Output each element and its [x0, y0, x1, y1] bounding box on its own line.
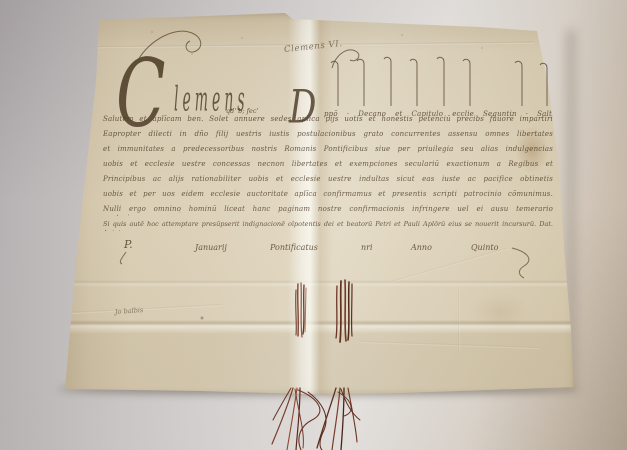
dateline-word: nri — [361, 243, 373, 253]
fold-crease — [72, 304, 222, 314]
dateline-word: Januarij — [195, 243, 227, 253]
plica-scribal-note: Jo balbis — [115, 306, 144, 316]
photo-of-parchment-charter: Clemens VI. C lemens D qd' b; fec' ppō ·… — [0, 0, 627, 450]
manuscript-line: Principibus ac alijs rationabiliter uobi… — [103, 175, 553, 186]
manuscript-line: Si quis autē hoc attemptare presūpserit … — [103, 220, 553, 231]
script-fragment: qd' b; fec' — [226, 107, 258, 115]
parchment-document: Clemens VI. C lemens D qd' b; fec' ppō ·… — [60, 12, 576, 395]
fold-crease — [360, 341, 540, 349]
dateline-word: Pontificatus — [270, 243, 318, 253]
manuscript-line: uobis et per uos eidem ecclesie auctorit… — [103, 190, 553, 201]
dateline-word: Anno — [411, 243, 432, 253]
scribe-mark: P. — [124, 240, 133, 250]
manuscript-line: Eapropter dilecti in dño filij uestris i… — [103, 130, 553, 141]
archival-label: Clemens VI. — [284, 39, 343, 55]
manuscript-line: Nulli ergo omnino hominū liceat hanc pag… — [103, 205, 553, 216]
hanging-thread-tassels — [272, 388, 360, 450]
fold-crease — [458, 290, 460, 354]
manuscript-line: et immunitates a predecessoribus nostris… — [103, 145, 553, 156]
dateline-word: Quinto — [471, 243, 498, 253]
manuscript-line: uobis et ecclesie uestre concessas necno… — [103, 160, 553, 171]
manuscript-line: Salutem et aplīcam ben. Solet annuere se… — [103, 115, 553, 126]
